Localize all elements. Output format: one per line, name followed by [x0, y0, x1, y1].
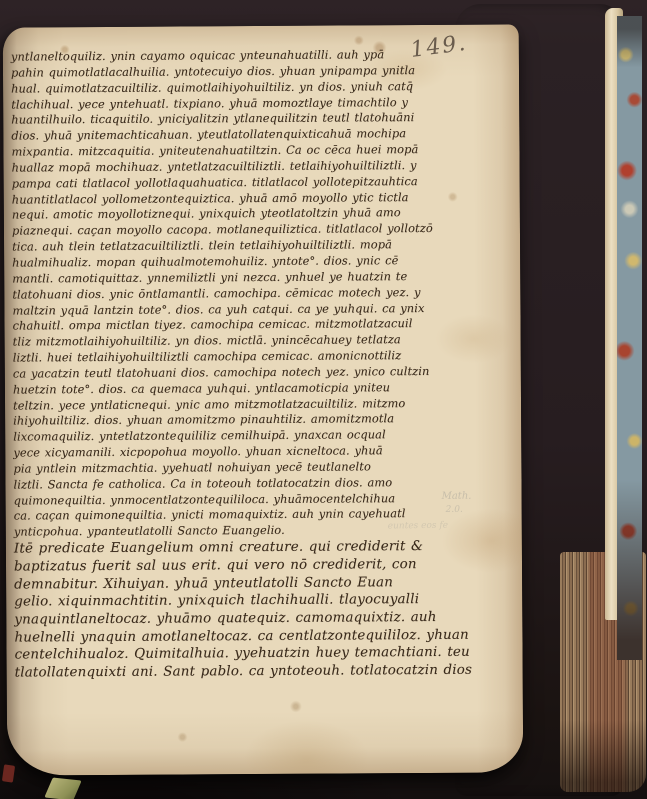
marginal-note: 2.0. [446, 505, 463, 515]
manuscript-line: baptizatus fuerit sal uus erit. qui vero… [14, 556, 470, 576]
manuscript-text: yntlaneltoquiliz. ynin cayamo oquicac yn… [11, 47, 471, 683]
manuscript-page: 149. yntlaneltoquiliz. ynin cayamo oquic… [3, 24, 524, 775]
marbled-endpaper [617, 16, 642, 660]
marginal-note: Math. [442, 491, 472, 502]
binding-mark [2, 764, 15, 782]
bookmark-tab [44, 777, 81, 799]
photographed-book-scene: 149. yntlaneltoquiliz. ynin cayamo oquic… [0, 0, 647, 799]
manuscript-line: tlatollatenquixti ani. Sant pablo. ca yn… [15, 662, 471, 682]
manuscript-line: teltzin. yece yntlaticnequi. ynic amo mi… [13, 395, 469, 414]
showthrough-text: euntes eos fe [388, 521, 448, 532]
manuscript-line: ynaquintlaneltocaz. yhuāmo quatequiz. ca… [14, 609, 470, 629]
manuscript-line: piaznequi. caçan moyollo cacopa. motlane… [12, 221, 468, 240]
manuscript-line: ca yacatzin teutl tlatohuani dios. camoc… [13, 364, 469, 383]
